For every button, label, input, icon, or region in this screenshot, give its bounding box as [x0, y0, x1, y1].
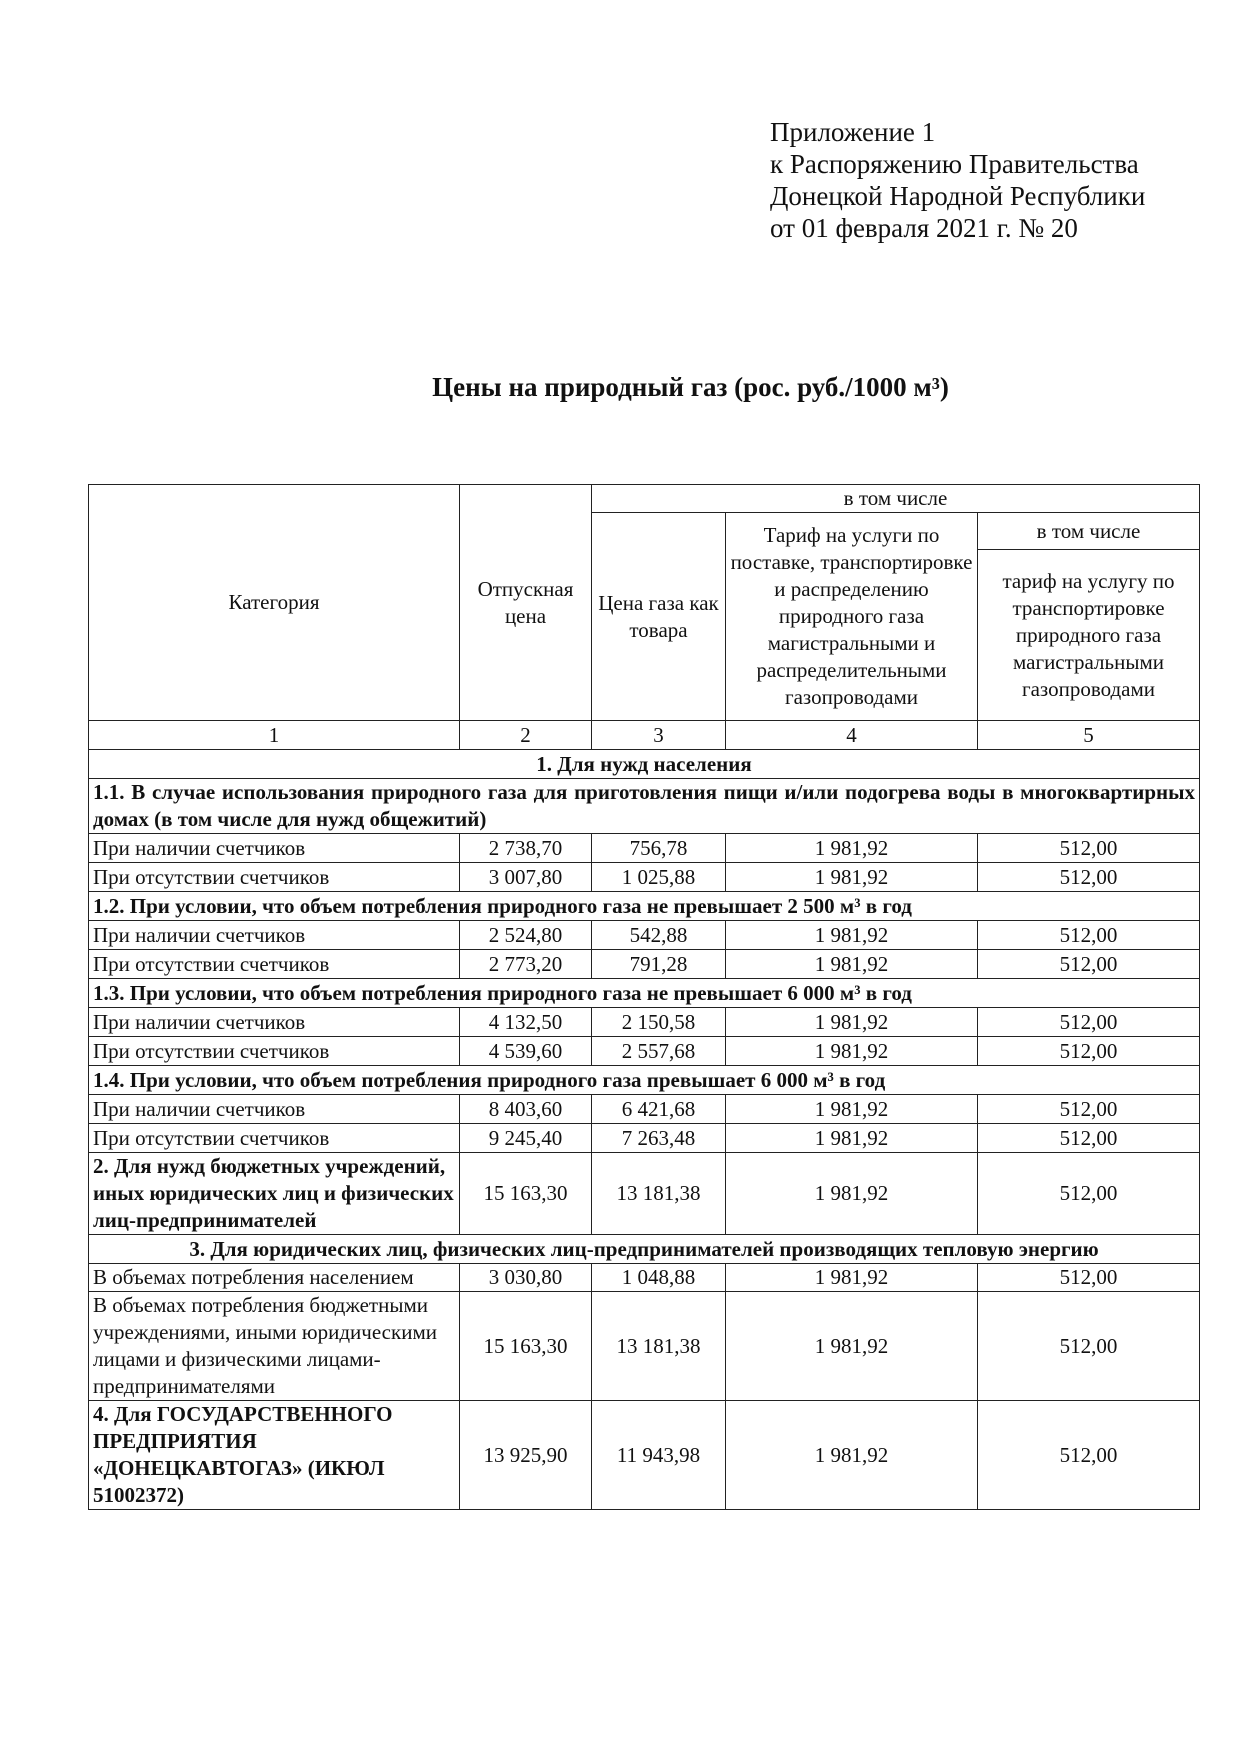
row-label: При наличии счетчиков	[89, 1008, 460, 1037]
value-tariff-transport: 512,00	[978, 834, 1200, 863]
annex-line: Приложение 1	[770, 116, 1145, 148]
value-release-price: 2 524,80	[460, 921, 592, 950]
value-tariff-transport: 512,00	[978, 1095, 1200, 1124]
value-release-price: 3 030,80	[460, 1264, 592, 1292]
row-label: При отсутствии счетчиков	[89, 1037, 460, 1066]
annex-line: Донецкой Народной Республики	[770, 180, 1145, 212]
value-release-price: 9 245,40	[460, 1124, 592, 1153]
value-gas-price: 13 181,38	[592, 1153, 726, 1235]
value-tariff-supply: 1 981,92	[726, 1037, 978, 1066]
row-label: При наличии счетчиков	[89, 834, 460, 863]
value-tariff-transport: 512,00	[978, 950, 1200, 979]
value-tariff-supply: 1 981,92	[726, 921, 978, 950]
header-tariff-supply: Тариф на услуги по поставке, транспортир…	[726, 513, 978, 721]
col-number: 1	[89, 721, 460, 750]
row-label: 2. Для нужд бюджетных учреждений, иных ю…	[89, 1153, 460, 1235]
value-release-price: 2 773,20	[460, 950, 592, 979]
table-row: При отсутствии счетчиков4 539,602 557,68…	[89, 1037, 1200, 1066]
value-tariff-supply: 1 981,92	[726, 1124, 978, 1153]
value-release-price: 2 738,70	[460, 834, 592, 863]
header-including-2: в том числе	[978, 513, 1200, 550]
value-gas-price: 1 025,88	[592, 863, 726, 892]
section-title: 1. Для нужд населения	[89, 750, 1200, 779]
value-release-price: 4 539,60	[460, 1037, 592, 1066]
header-release-price: Отпускная цена	[460, 485, 592, 721]
value-tariff-transport: 512,00	[978, 1292, 1200, 1401]
col-number: 4	[726, 721, 978, 750]
subsections: 1.1. В случае использования природного г…	[89, 779, 1200, 1153]
row-label: При отсутствии счетчиков	[89, 863, 460, 892]
row-label: 4. Для ГОСУДАРСТВЕННОГО ПРЕДПРИЯТИЯ «ДОН…	[89, 1401, 460, 1510]
col-number: 2	[460, 721, 592, 750]
value-tariff-supply: 1 981,92	[726, 1008, 978, 1037]
table-row: При наличии счетчиков4 132,502 150,581 9…	[89, 1008, 1200, 1037]
value-gas-price: 791,28	[592, 950, 726, 979]
section-title: 3. Для юридических лиц, физических лиц-п…	[89, 1235, 1200, 1264]
value-tariff-supply: 1 981,92	[726, 1095, 978, 1124]
annex-reference: Приложение 1 к Распоряжению Правительств…	[770, 116, 1145, 244]
row-label: При отсутствии счетчиков	[89, 950, 460, 979]
header-including: в том числе	[592, 485, 1200, 513]
table-row: При отсутствии счетчиков3 007,801 025,88…	[89, 863, 1200, 892]
annex-line: к Распоряжению Правительства	[770, 148, 1145, 180]
page-title: Цены на природный газ (рос. руб./1000 м³…	[0, 372, 1241, 403]
table-row: При отсутствии счетчиков2 773,20791,281 …	[89, 950, 1200, 979]
value-gas-price: 13 181,38	[592, 1292, 726, 1401]
subsection-title: 1.2. При условии, что объем потребления …	[89, 892, 1200, 921]
value-release-price: 8 403,60	[460, 1095, 592, 1124]
value-tariff-supply: 1 981,92	[726, 1264, 978, 1292]
value-gas-price: 6 421,68	[592, 1095, 726, 1124]
table-row: При отсутствии счетчиков9 245,407 263,48…	[89, 1124, 1200, 1153]
header-gas-price: Цена газа как товара	[592, 513, 726, 721]
value-gas-price: 542,88	[592, 921, 726, 950]
value-tariff-transport: 512,00	[978, 921, 1200, 950]
header-tariff-transport: тариф на услугу по транспортировке приро…	[978, 550, 1200, 721]
value-gas-price: 1 048,88	[592, 1264, 726, 1292]
value-release-price: 15 163,30	[460, 1292, 592, 1401]
value-tariff-transport: 512,00	[978, 1401, 1200, 1510]
value-release-price: 13 925,90	[460, 1401, 592, 1510]
value-tariff-supply: 1 981,92	[726, 863, 978, 892]
value-tariff-transport: 512,00	[978, 1264, 1200, 1292]
table-row: При наличии счетчиков2 738,70756,781 981…	[89, 834, 1200, 863]
subsection-title: 1.4. При условии, что объем потребления …	[89, 1066, 1200, 1095]
value-release-price: 4 132,50	[460, 1008, 592, 1037]
value-tariff-supply: 1 981,92	[726, 1401, 978, 1510]
value-gas-price: 756,78	[592, 834, 726, 863]
value-gas-price: 11 943,98	[592, 1401, 726, 1510]
subsection-title: 1.1. В случае использования природного г…	[89, 779, 1200, 834]
value-gas-price: 2 557,68	[592, 1037, 726, 1066]
value-tariff-transport: 512,00	[978, 1037, 1200, 1066]
value-gas-price: 2 150,58	[592, 1008, 726, 1037]
value-tariff-supply: 1 981,92	[726, 1292, 978, 1401]
col-number: 5	[978, 721, 1200, 750]
value-release-price: 15 163,30	[460, 1153, 592, 1235]
annex-line: от 01 февраля 2021 г. № 20	[770, 212, 1145, 244]
prices-table: Категория Отпускная цена в том числе Цен…	[88, 484, 1200, 1510]
value-tariff-transport: 512,00	[978, 863, 1200, 892]
value-tariff-supply: 1 981,92	[726, 950, 978, 979]
header-category: Категория	[89, 485, 460, 721]
row-label: В объемах потребления бюджетными учрежде…	[89, 1292, 460, 1401]
value-tariff-supply: 1 981,92	[726, 834, 978, 863]
row-label: При наличии счетчиков	[89, 1095, 460, 1124]
value-tariff-transport: 512,00	[978, 1008, 1200, 1037]
row-label: При отсутствии счетчиков	[89, 1124, 460, 1153]
subsection-title: 1.3. При условии, что объем потребления …	[89, 979, 1200, 1008]
table-row: При наличии счетчиков8 403,606 421,681 9…	[89, 1095, 1200, 1124]
value-tariff-transport: 512,00	[978, 1153, 1200, 1235]
row-label: При наличии счетчиков	[89, 921, 460, 950]
col-number: 3	[592, 721, 726, 750]
value-tariff-transport: 512,00	[978, 1124, 1200, 1153]
value-tariff-supply: 1 981,92	[726, 1153, 978, 1235]
row-label: В объемах потребления населением	[89, 1264, 460, 1292]
value-gas-price: 7 263,48	[592, 1124, 726, 1153]
table-row: При наличии счетчиков2 524,80542,881 981…	[89, 921, 1200, 950]
value-release-price: 3 007,80	[460, 863, 592, 892]
